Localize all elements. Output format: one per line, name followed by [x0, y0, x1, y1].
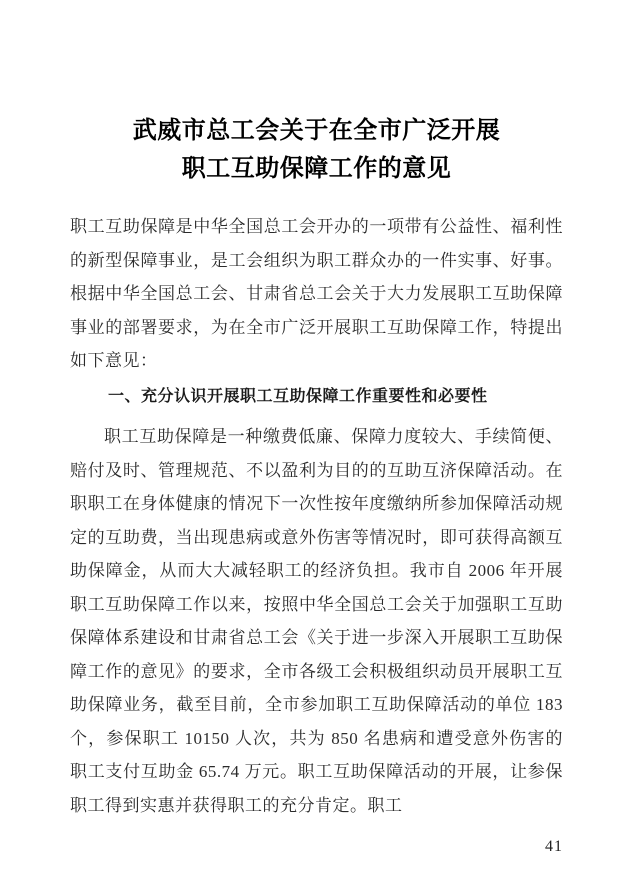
intro-paragraph: 职工互助保障是中华全国总工会开办的一项带有公益性、福利性的新型保障事业，是工会组…: [70, 210, 563, 378]
document-title-line-1: 武威市总工会关于在全市广泛开展: [70, 112, 563, 150]
document-title-line-2: 职工互助保障工作的意见: [70, 150, 563, 188]
section-1-paragraph: 职工互助保障是一种缴费低廉、保障力度较大、手续简便、赔付及时、管理规范、不以盈利…: [70, 420, 563, 822]
section-1-heading: 一、充分认识开展职工互助保障工作重要性和必要性: [70, 380, 563, 414]
document-title: 武威市总工会关于在全市广泛开展 职工互助保障工作的意见: [70, 112, 563, 188]
page-number: 41: [545, 838, 563, 856]
document-page: 武威市总工会关于在全市广泛开展 职工互助保障工作的意见 职工互助保障是中华全国总…: [0, 0, 633, 893]
